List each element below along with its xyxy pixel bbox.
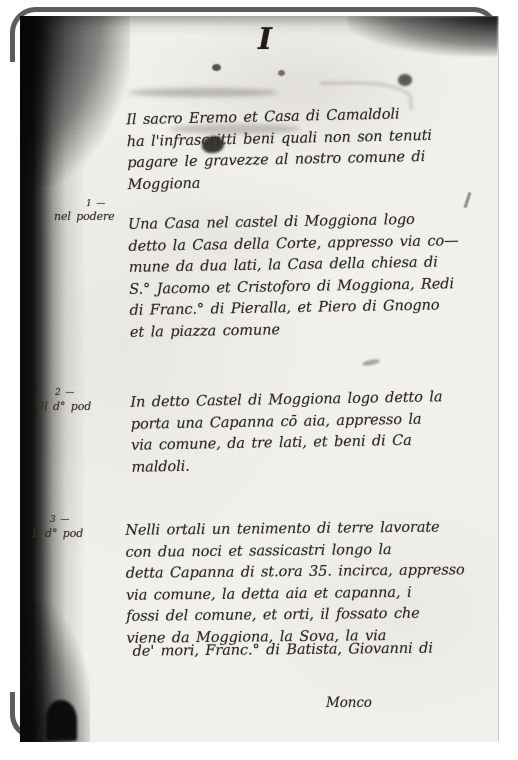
margin-note-3: Il d° pod [32, 527, 83, 540]
folio-number: I [258, 22, 272, 57]
entry-line: detta Capanna di st.ora 35. incirca, app… [126, 560, 465, 585]
bottom-left-blot [46, 700, 77, 741]
ink-stain [128, 88, 278, 97]
ink-stain [398, 74, 412, 86]
ink-stain [362, 358, 381, 367]
margin-note-sup-1: 1 — [86, 199, 105, 209]
ink-stain [278, 70, 285, 76]
entry-line: Nelli ortali un tenimento di terre lavor… [125, 517, 464, 542]
entry-paragraph-1: Il sacro Eremo et Casa di Camaldoli ha l… [126, 104, 433, 196]
ink-stain [464, 192, 472, 208]
entry-paragraph-4: Nelli ortali un tenimento di terre lavor… [125, 517, 465, 663]
frame-side-mask-right [499, 62, 518, 692]
entry-line: de' mori, Franc.° di Batista, Giovanni d… [127, 638, 466, 663]
entry-line: fossi del comune, et orti, il fossato ch… [126, 603, 465, 628]
margin-note-sup-3: 3 — [50, 515, 69, 525]
entry-paragraph-2: Una Casa nel castel di Moggiona logo det… [128, 209, 460, 344]
margin-note-sup-2: 2 — [55, 388, 74, 398]
binding-shadow-top [20, 16, 130, 186]
top-right-smudge [348, 16, 498, 56]
frame-side-mask-left [0, 62, 19, 692]
margin-note-1: nel podere [54, 210, 115, 223]
catchword: Monco [326, 695, 372, 711]
margin-note-2: Il d° pod [40, 400, 91, 413]
manuscript-page: I Il sacro Eremo et Casa di Camaldoli ha… [20, 16, 499, 742]
entry-paragraph-3: In detto Castel di Moggiona logo detto l… [130, 387, 443, 478]
ink-stain [212, 64, 221, 71]
